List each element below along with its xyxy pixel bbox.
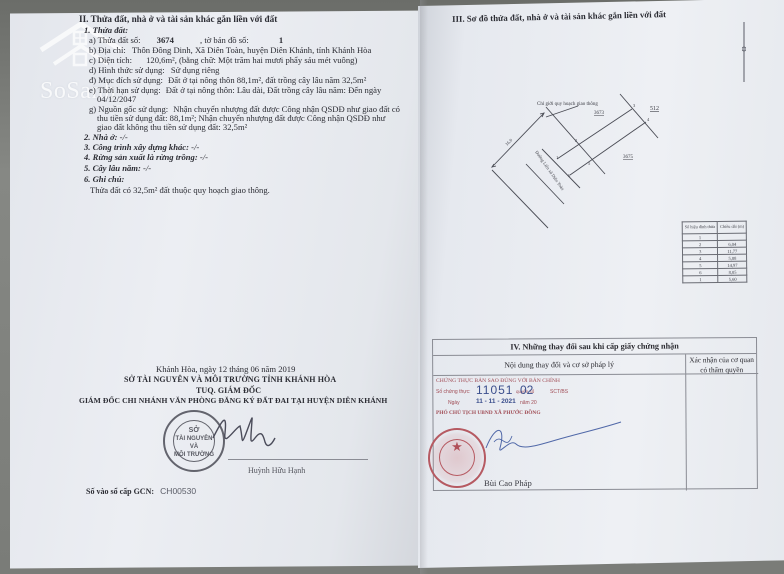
margin-mark bbox=[742, 22, 746, 82]
edge-length-table: Số hiệu đỉnh thửa Chiều dài (m) 1 26,04 … bbox=[682, 221, 748, 284]
point-3: 3 bbox=[633, 103, 636, 108]
address-label: b) Địa chỉ: bbox=[89, 45, 126, 55]
neighbor-right: 3675 bbox=[623, 155, 634, 160]
issue-date: Khánh Hòa, ngày 12 tháng 06 năm 2019 bbox=[156, 364, 295, 375]
registry-label: Số vào sổ cấp GCN: bbox=[86, 487, 154, 496]
perennial-trees-item: 5. Cây lâu năm: -/- bbox=[84, 163, 151, 174]
changes-col-confirmation: Xác nhận của cơ quan có thẩm quyền bbox=[685, 354, 758, 374]
usage-purpose-value: Đất ở tại nông thôn 88,1m², đất trồng câ… bbox=[168, 75, 366, 85]
changes-title: IV. Những thay đổi sau khi cấp giấy chứn… bbox=[433, 338, 756, 356]
cert-number-label: Số chứng thực: bbox=[436, 389, 471, 395]
point-6: 6 bbox=[568, 173, 571, 178]
signature-right bbox=[476, 418, 626, 463]
usage-term-value: Đất ở tại nông thôn: Lâu dài, Đất trồng … bbox=[166, 85, 382, 95]
point-1: 1 bbox=[556, 155, 558, 160]
area-value: 120,6m², (bằng chữ: Một trăm hai mươi ph… bbox=[146, 55, 357, 65]
cert-date-year: năm 20 bbox=[520, 400, 537, 406]
boundary-note: Chỉ giới quy hoạch giao thông bbox=[537, 102, 598, 107]
point-4: 4 bbox=[647, 117, 650, 122]
cert-book-suffix: SCT/BS bbox=[550, 389, 568, 395]
red-official-seal: ★ bbox=[428, 428, 486, 488]
cert-official-title: PHÓ CHỦ TỊCH UBND XÃ PHƯỚC ĐỒNG bbox=[436, 410, 541, 416]
signer-name-right: Bùi Cao Pháp bbox=[484, 478, 532, 488]
cert-number: 11051 bbox=[476, 383, 513, 397]
usage-form-value: Sử dụng riêng bbox=[171, 65, 220, 75]
star-icon: ★ bbox=[430, 439, 484, 455]
address-value: Thôn Đông Dinh, Xã Diên Toàn, huyện Diên… bbox=[132, 45, 371, 55]
section-2-title: II. Thửa đất, nhà ở và tài sản khác gắn … bbox=[79, 14, 277, 26]
header-point: Số hiệu đỉnh thửa bbox=[682, 221, 718, 233]
neighbor-right-top: 512 bbox=[650, 106, 659, 112]
notes-text: Thửa đất có 32,5m² đất thuộc quy hoạch g… bbox=[90, 185, 270, 196]
usage-form-label: d) Hình thức sử dụng: bbox=[89, 65, 165, 75]
changes-col-content: Nội dung thay đổi và cơ sở pháp lý bbox=[433, 354, 685, 376]
issuing-org: SỞ TÀI NGUYÊN VÀ MÔI TRƯỜNG TỈNH KHÁNH H… bbox=[124, 375, 336, 385]
table-row: 15,60 bbox=[683, 275, 747, 283]
signature-line bbox=[228, 459, 368, 460]
signature-left bbox=[205, 408, 285, 458]
point-5: 5 bbox=[588, 161, 591, 166]
parcel-diagram: Chỉ giới quy hoạch giao thông 3673 512 3… bbox=[480, 80, 720, 230]
map-sheet-value: 1 bbox=[279, 35, 283, 45]
signer-role: TUQ. GIÁM ĐỐC bbox=[196, 386, 261, 396]
signer-name-left: Huỳnh Hữu Hạnh bbox=[248, 466, 305, 476]
cert-date-label: Ngày bbox=[448, 400, 460, 406]
registry-row: Số vào sổ cấp GCN: CH00530 bbox=[86, 486, 196, 497]
page-fold bbox=[420, 0, 428, 574]
map-sheet-label: , tờ bản đồ số: bbox=[200, 35, 249, 45]
cert-date-value: 11 - 11 - 2021 bbox=[476, 398, 516, 405]
registry-value: CH00530 bbox=[160, 486, 196, 496]
area-label: c) Diện tích: bbox=[89, 55, 132, 65]
column-divider bbox=[685, 354, 687, 490]
neighbor-top: 3673 bbox=[594, 111, 605, 116]
planted-forest-item: 4. Rừng sản xuất là rừng trồng: -/- bbox=[84, 152, 208, 163]
branch-office: GIÁM ĐỐC CHI NHÁNH VĂN PHÒNG ĐĂNG KÝ ĐẤT… bbox=[79, 396, 387, 405]
parcel-number-value: 3674 bbox=[157, 35, 174, 45]
parcel-number-label: a) Thửa đất số: bbox=[89, 35, 141, 45]
usage-purpose-label: đ) Mục đích sử dụng: bbox=[89, 75, 163, 85]
cert-quyen-value: 02 bbox=[520, 383, 533, 397]
point-2: 2 bbox=[575, 138, 577, 143]
header-length: Chiều dài (m) bbox=[718, 221, 747, 233]
notes-heading: 6. Ghi chú: bbox=[84, 174, 124, 185]
